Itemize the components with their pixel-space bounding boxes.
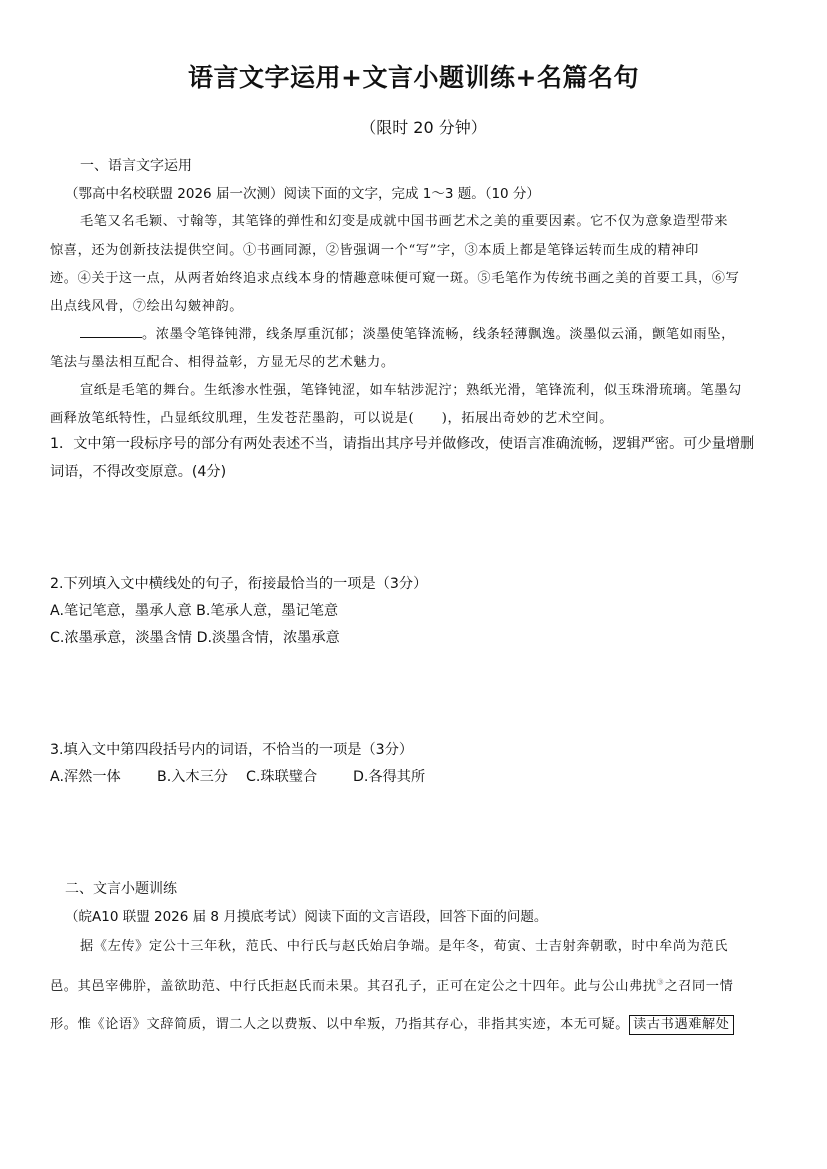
passage-p1-line1: 毛笔又名毛颖、寸翰等，其笔锋的弹性和幻变是成就中国书画艺术之美的重要因素。它不仅… <box>80 210 728 229</box>
section1-heading: 一、语言文字运用 <box>80 155 192 175</box>
section2-heading: 二、文言小题训练 <box>65 878 177 898</box>
passage-p2-text: 。浓墨令笔锋钝滞，线条厚重沉郁；淡墨使笔锋流畅，线条轻薄飘逸。淡墨似云涌，颤笔如… <box>142 327 735 342</box>
question1-line2: 词语，不得改变原意。(4分) <box>50 461 226 481</box>
question3-options: A.浑然一体B.入木三分C.珠联璧合D.各得其所 <box>50 766 425 786</box>
time-limit: （限时 20 分钟） <box>0 115 827 138</box>
wenyan-line2-tail: 之召同一情 <box>664 979 733 994</box>
question3-stem: 3.填入文中第四段括号内的词语，不恰当的一项是（3分） <box>50 739 413 759</box>
passage-p1-line4: 出点线风骨，⑦绘出勾皴神韵。 <box>50 295 243 314</box>
passage-p3-line2: 画释放笔纸特性，凸显纸纹肌理，生发苍茫墨韵，可以说是( )，拓展出奇妙的艺术空间… <box>50 407 613 426</box>
wenyan-line3-text: 形。惟《论语》文辞简质，谓二人之以费叛、以中牟叛，乃指其存心，非指其实迹，本无可… <box>50 1017 629 1032</box>
page-title: 语言文字运用+文言小题训练+名篇名句 <box>0 58 827 94</box>
fill-blank-line <box>80 325 142 338</box>
section2-source: （皖A10 联盟 2026 届 8 月摸底考试）阅读下面的文言语段，回答下面的问… <box>65 905 547 925</box>
question2-options-ab: A.笔记笔意，墨承人意 B.笔承人意，墨记笔意 <box>50 600 338 620</box>
passage-p2-line2: 笔法与墨法相互配合、相得益彰，方显无尽的艺术魅力。 <box>50 351 395 370</box>
question3-option-c: C.珠联璧合 <box>246 766 353 786</box>
passage-p2-line1: 。浓墨令笔锋钝滞，线条厚重沉郁；淡墨使笔锋流畅，线条轻薄飘逸。淡墨似云涌，颤笔如… <box>80 323 735 342</box>
question1-line1: 1．文中第一段标序号的部分有两处表述不当，请指出其序号并做修改，使语言准确流畅，… <box>50 433 754 453</box>
boxed-phrase: 读古书遇难解处 <box>629 1015 734 1035</box>
passage-p1-line2: 惊喜，还为创新技法提供空间。①书画同源，②皆强调一个“写”字，③本质上都是笔锋运… <box>50 239 699 258</box>
question2-options-cd: C.浓墨承意，淡墨含情 D.淡墨含情，浓墨承意 <box>50 627 340 647</box>
question3-option-a: A.浑然一体 <box>50 766 157 786</box>
wenyan-line2-text: 邑。其邑宰佛肸，盖欲助范、中行氏拒赵氏而未果。其召孔子，正可在定公之十四年。此与… <box>50 979 657 994</box>
passage-p3-line1: 宣纸是毛笔的舞台。生纸渗水性强，笔锋钝涩，如车轱涉泥泞；熟纸光滑，笔锋流利，似玉… <box>80 379 742 398</box>
question2-stem: 2.下列填入文中横线处的句子，衔接最恰当的一项是（3分） <box>50 573 427 593</box>
wenyan-line3: 形。惟《论语》文辞简质，谓二人之以费叛、以中牟叛，乃指其存心，非指其实迹，本无可… <box>50 1013 734 1035</box>
wenyan-line1: 据《左传》定公十三年秋，范氏、中行氏与赵氏始启争端。是年冬，荀寅、士吉射奔朝歌，… <box>80 935 728 954</box>
question3-option-d: D.各得其所 <box>353 766 425 786</box>
question3-option-b: B.入木三分 <box>157 766 246 786</box>
passage-p1-line3: 迹。④关于这一点，从两者始终追求点线本身的情趣意味便可窥一斑。⑤毛笔作为传统书画… <box>50 267 739 286</box>
wenyan-line2: 邑。其邑宰佛肸，盖欲助范、中行氏拒赵氏而未果。其召孔子，正可在定公之十四年。此与… <box>50 975 733 994</box>
section1-source: （鄂高中名校联盟 2026 届一次测）阅读下面的文字，完成 1～3 题。（10 … <box>65 182 540 202</box>
